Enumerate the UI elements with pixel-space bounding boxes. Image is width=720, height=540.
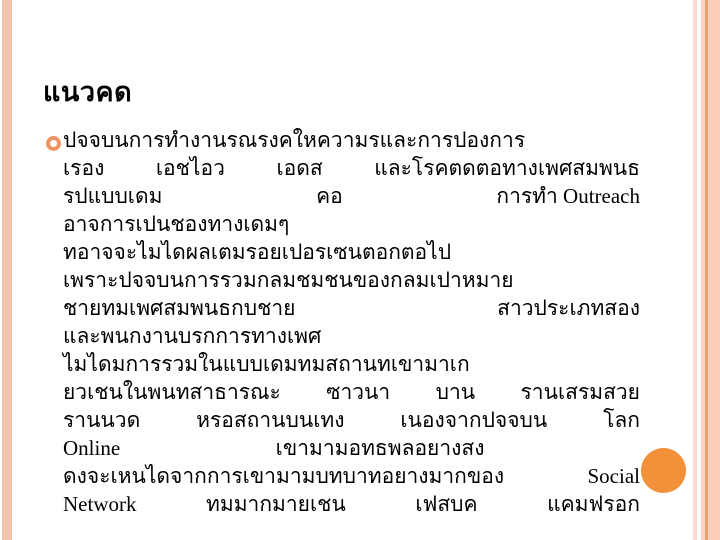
- text-segment: Online: [63, 434, 120, 462]
- text-line: และพนกงานบรกการทางเพศ: [63, 322, 640, 350]
- text-segment: แคมฟรอก: [547, 490, 640, 518]
- text-segment: เอชไอว: [156, 154, 225, 182]
- text-segment: เขามามอทธพลอยางสง: [276, 434, 485, 462]
- text-segment: คอ: [316, 182, 343, 210]
- right-edge-stripe-band: [708, 0, 720, 540]
- text-line: ทอาจจะไมไดผลเตมรอยเปอรเซนตอกตอไป: [63, 238, 640, 266]
- text-line: ชายทมเพศสมพนธกบชายสาวประเภทสอง: [63, 294, 640, 322]
- text-segment: Social: [588, 462, 641, 490]
- ring-bullet-icon: [46, 136, 61, 151]
- text-segment: หรอสถานบนเทง: [196, 406, 344, 434]
- text-segment: อาจการเปนชองทางเดมๆ: [63, 212, 289, 236]
- right-edge-stripe-thin: [693, 0, 697, 540]
- text-line: ปจจบนการทำงานรณรงคใหความรและการปองการ: [63, 126, 640, 154]
- text-segment: ทอาจจะไมไดผลเตมรอยเปอรเซนตอกตอไป: [63, 240, 451, 264]
- text-line: อาจการเปนชองทางเดมๆ: [63, 210, 640, 238]
- text-line: เพราะปจจบนการรวมกลมชมชนของกลมเปาหมาย: [63, 266, 640, 294]
- text-segment: ดงจะเหนไดจากการเขามามบทบาทอยางมากของ: [63, 462, 504, 490]
- text-segment: ซาวนา: [326, 378, 390, 406]
- text-segment: เฟสบค: [415, 490, 477, 518]
- text-segment: รานเสรมสวย: [521, 378, 640, 406]
- text-segment: โลก: [603, 406, 640, 434]
- body-text-block: ปจจบนการทำงานรณรงคใหความรและการปองการเรอ…: [63, 126, 640, 518]
- text-segment: เรอง: [63, 154, 104, 182]
- text-line: รปแบบเดมคอการทำ Outreach: [63, 182, 640, 210]
- text-segment: การทำ Outreach: [496, 182, 640, 210]
- text-line: Networkทมมากมายเชนเฟสบคแคมฟรอก: [63, 490, 640, 518]
- text-segment: ปจจบนการทำงานรณรงคใหความรและการปองการ: [63, 128, 525, 152]
- text-segment: สาวประเภทสอง: [497, 294, 640, 322]
- text-segment: เอดส: [276, 154, 322, 182]
- text-line: Onlineเขามามอทธพลอยางสง: [63, 434, 640, 462]
- text-segment: และพนกงานบรกการทางเพศ: [63, 324, 321, 348]
- text-segment: รานนวด: [63, 406, 140, 434]
- slide-title: แนวคด: [43, 70, 132, 113]
- text-segment: เพราะปจจบนการรวมกลมชมชนของกลมเปาหมาย: [63, 268, 514, 292]
- text-line: ยวเชนในพนทสาธารณะซาวนาบานรานเสรมสวย: [63, 378, 640, 406]
- text-line: รานนวดหรอสถานบนเทงเนองจากปจจบนโลก: [63, 406, 640, 434]
- text-segment: ไมไดมการรวมในแบบเดมทมสถานทเขามาเก: [63, 352, 470, 376]
- text-segment: ทมมากมายเชน: [206, 490, 346, 518]
- text-segment: รปแบบเดม: [63, 182, 162, 210]
- text-segment: ชายทมเพศสมพนธกบชาย: [63, 294, 295, 322]
- text-segment: เนองจากปจจบน: [400, 406, 547, 434]
- text-segment: และโรคตดตอทางเพศสมพนธ: [374, 154, 640, 182]
- text-segment: ยวเชนในพนทสาธารณะ: [63, 378, 281, 406]
- text-line: ไมไดมการรวมในแบบเดมทมสถานทเขามาเก: [63, 350, 640, 378]
- text-line: เรองเอชไอวเอดสและโรคตดตอทางเพศสมพนธ: [63, 154, 640, 182]
- left-edge-stripe: [2, 0, 12, 540]
- text-line: ดงจะเหนไดจากการเขามามบทบาทอยางมากของSoci…: [63, 462, 640, 490]
- accent-circle-decoration-icon: [641, 448, 686, 493]
- text-segment: Network: [63, 490, 136, 518]
- text-segment: บาน: [436, 378, 475, 406]
- presentation-slide: แนวคด ปจจบนการทำงานรณรงคใหความรและการปอง…: [0, 0, 720, 540]
